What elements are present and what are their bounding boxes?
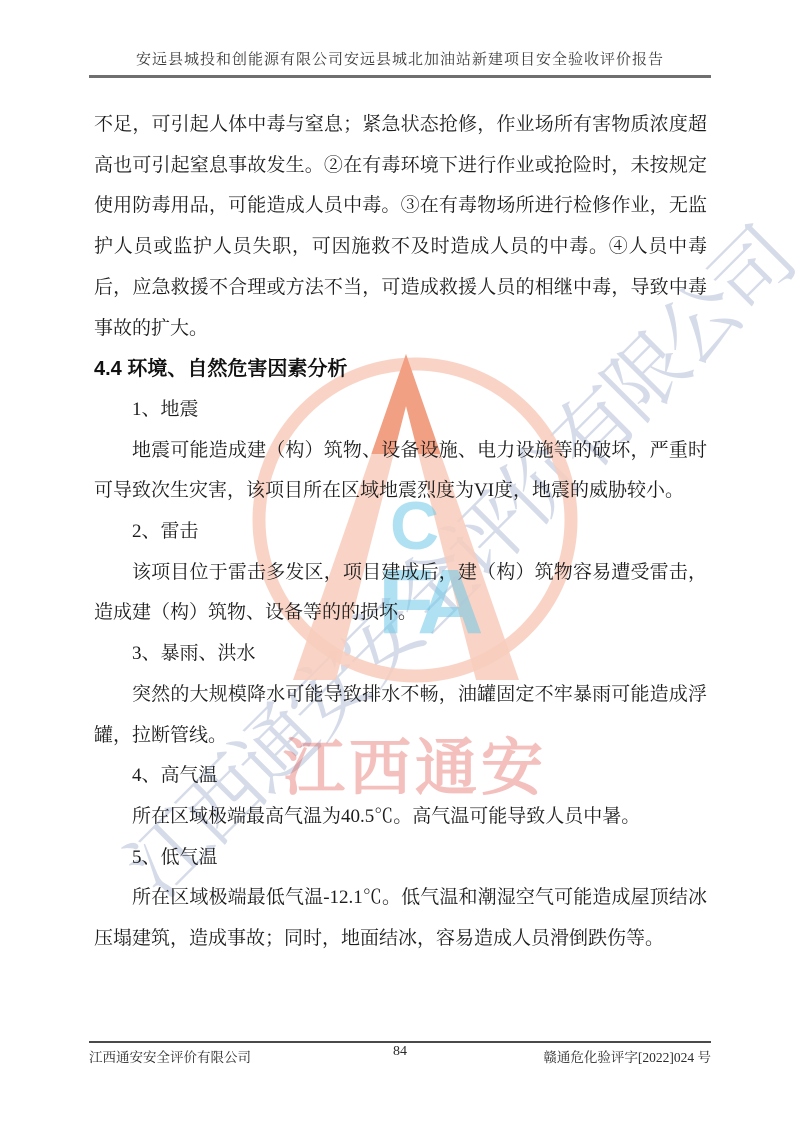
item-title-lightning: 2、雷击 — [94, 512, 707, 553]
footer-company: 江西通安安全评价有限公司 — [89, 1046, 251, 1066]
item-text-low-temperature: 所在区域极端最低气温-12.1℃。低气温和潮湿空气可能造成屋顶结冰压塌建筑，造成… — [94, 878, 707, 959]
document-body: 不足，可引起人体中毒与窒息；紧急状态抢修，作业场所有害物质浓度超高也可引起窒息事… — [0, 0, 800, 960]
item-title-earthquake: 1、地震 — [94, 390, 707, 431]
item-title-high-temperature: 4、高气温 — [94, 756, 707, 797]
item-text-earthquake: 地震可能造成建（构）筑物、设备设施、电力设施等的破坏，严重时可导致次生灾害，该项… — [94, 431, 707, 512]
document-page: 江西通安安全评价有限公司 C FA 江西通安 安远县城投和创能源有限公司安远县城… — [0, 0, 800, 1131]
section-heading-4-4: 4.4 环境、自然危害因素分析 — [94, 349, 707, 390]
paragraph-intro-continued: 不足，可引起人体中毒与窒息；紧急状态抢修，作业场所有害物质浓度超高也可引起窒息事… — [94, 105, 707, 349]
item-text-rainstorm-flood: 突然的大规模降水可能导致排水不畅，油罐固定不牢暴雨可能造成浮罐，拉断管线。 — [94, 675, 707, 756]
footer-document-number: 赣通危化验评字[2022]024 号 — [543, 1046, 711, 1066]
item-text-high-temperature: 所在区域极端最高气温为40.5℃。高气温可能导致人员中暑。 — [94, 797, 707, 838]
item-text-lightning: 该项目位于雷击多发区，项目建成后，建（构）筑物容易遭受雷击，造成建（构）筑物、设… — [94, 553, 707, 634]
page-number: 84 — [393, 1044, 407, 1060]
item-title-low-temperature: 5、低气温 — [94, 838, 707, 879]
item-title-rainstorm-flood: 3、暴雨、洪水 — [94, 634, 707, 675]
page-footer: 江西通安安全评价有限公司 84 赣通危化验评字[2022]024 号 — [89, 1041, 711, 1066]
